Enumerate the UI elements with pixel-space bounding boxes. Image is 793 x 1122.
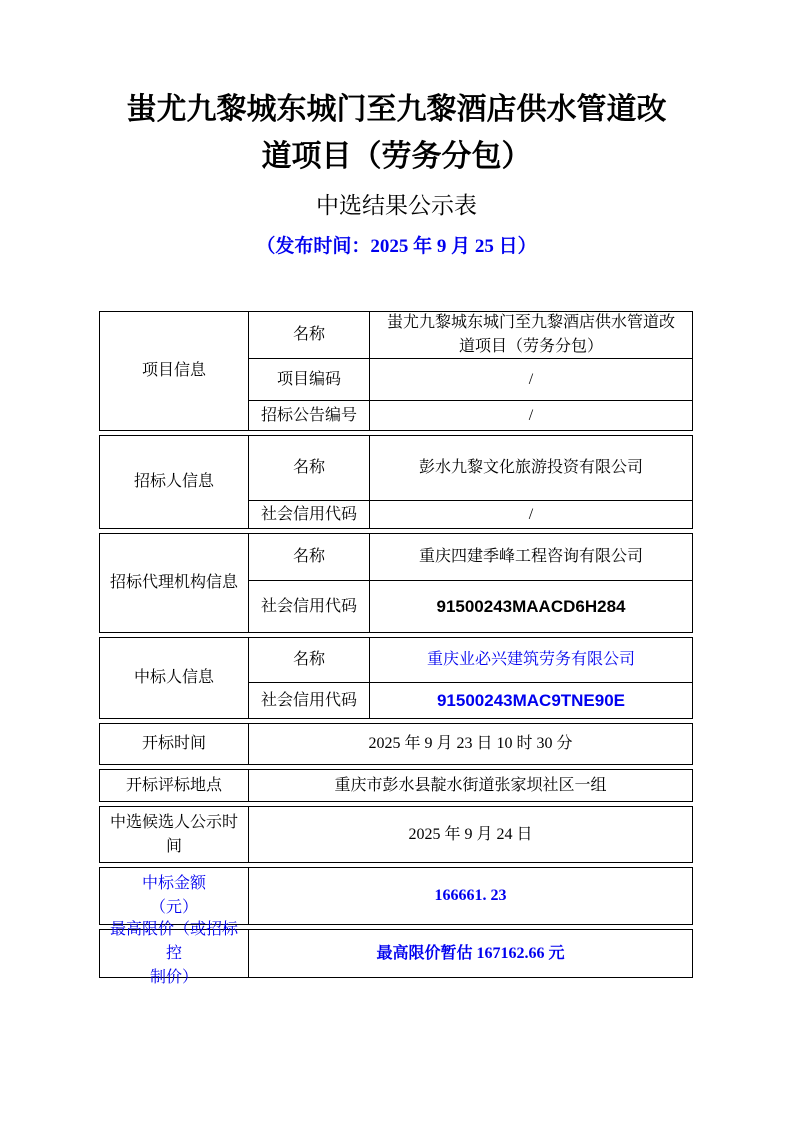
table-row: 名称 重庆四建季峰工程咨询有限公司 [249, 534, 692, 580]
row-value-credit-code: 91500243MAACD6H284 [370, 581, 692, 632]
row-key: 招标公告编号 [249, 401, 370, 430]
table-row: 名称 彭水九黎文化旅游投资有限公司 [249, 436, 692, 500]
row-value: 重庆市彭水县靛水街道张家坝社区一组 [249, 770, 692, 801]
section-label: 最高限价（或招标控 制价） [100, 930, 249, 977]
section-label: 开标评标地点 [100, 770, 249, 801]
section-bid-opening-time: 开标时间 2025 年 9 月 23 日 10 时 30 分 [99, 723, 693, 765]
section-label: 招标代理机构信息 [100, 534, 249, 632]
section-label: 中标金额 （元） [100, 868, 249, 924]
section-label: 招标人信息 [100, 436, 249, 528]
row-value: 重庆四建季峰工程咨询有限公司 [370, 534, 692, 580]
section-bid-opening-place: 开标评标地点 重庆市彭水县靛水街道张家坝社区一组 [99, 769, 693, 802]
row-value: 2025 年 9 月 24 日 [249, 807, 692, 862]
table-row: 项目编码 / [249, 358, 692, 400]
document-subtitle: 中选结果公示表 [0, 191, 793, 221]
section-label: 项目信息 [100, 312, 249, 430]
notice-document: 蚩尤九黎城东城门至九黎酒店供水管道改道项目（劳务分包） 中选结果公示表 （发布时… [0, 0, 793, 978]
row-value: / [370, 401, 692, 430]
table-row: 社会信用代码 / [249, 500, 692, 528]
document-title: 蚩尤九黎城东城门至九黎酒店供水管道改道项目（劳务分包） [117, 86, 677, 180]
row-key: 名称 [249, 534, 370, 580]
section-project-info: 项目信息 名称 蚩尤九黎城东城门至九黎酒店供水管道改道项目（劳务分包） 项目编码… [99, 311, 693, 431]
section-label: 中选候选人公示时 间 [100, 807, 249, 862]
section-price-ceiling: 最高限价（或招标控 制价） 最高限价暂估 167162.66 元 [99, 929, 693, 978]
row-value: 彭水九黎文化旅游投资有限公司 [370, 436, 692, 500]
table-row: 社会信用代码 91500243MAACD6H284 [249, 580, 692, 632]
section-candidate-publicity-time: 中选候选人公示时 间 2025 年 9 月 24 日 [99, 806, 693, 863]
row-key: 名称 [249, 436, 370, 500]
row-value: 2025 年 9 月 23 日 10 时 30 分 [249, 724, 692, 764]
row-value: / [370, 501, 692, 528]
section-label: 开标时间 [100, 724, 249, 764]
row-value-winner-name: 重庆业必兴建筑劳务有限公司 [370, 638, 692, 682]
row-key: 项目编码 [249, 359, 370, 400]
section-label: 中标人信息 [100, 638, 249, 718]
table-row: 招标公告编号 / [249, 400, 692, 430]
table-row: 名称 蚩尤九黎城东城门至九黎酒店供水管道改道项目（劳务分包） [249, 312, 692, 358]
row-value: / [370, 359, 692, 400]
row-value: 蚩尤九黎城东城门至九黎酒店供水管道改道项目（劳务分包） [370, 312, 692, 358]
section-winner-info: 中标人信息 名称 重庆业必兴建筑劳务有限公司 社会信用代码 91500243MA… [99, 637, 693, 719]
section-tenderer-info: 招标人信息 名称 彭水九黎文化旅游投资有限公司 社会信用代码 / [99, 435, 693, 529]
section-agency-info: 招标代理机构信息 名称 重庆四建季峰工程咨询有限公司 社会信用代码 915002… [99, 533, 693, 633]
row-key: 社会信用代码 [249, 501, 370, 528]
row-key: 社会信用代码 [249, 581, 370, 632]
row-value-price-ceiling: 最高限价暂估 167162.66 元 [249, 930, 692, 977]
row-key: 社会信用代码 [249, 683, 370, 718]
table-row: 名称 重庆业必兴建筑劳务有限公司 [249, 638, 692, 682]
result-table: 项目信息 名称 蚩尤九黎城东城门至九黎酒店供水管道改道项目（劳务分包） 项目编码… [99, 311, 693, 978]
row-value-winner-credit-code: 91500243MAC9TNE90E [370, 683, 692, 718]
row-value-winning-amount: 166661. 23 [249, 868, 692, 924]
row-key: 名称 [249, 638, 370, 682]
row-key: 名称 [249, 312, 370, 358]
publish-date-line: （发布时间：2025 年 9 月 25 日） [0, 234, 793, 260]
table-row: 社会信用代码 91500243MAC9TNE90E [249, 682, 692, 718]
section-winning-amount: 中标金额 （元） 166661. 23 [99, 867, 693, 925]
